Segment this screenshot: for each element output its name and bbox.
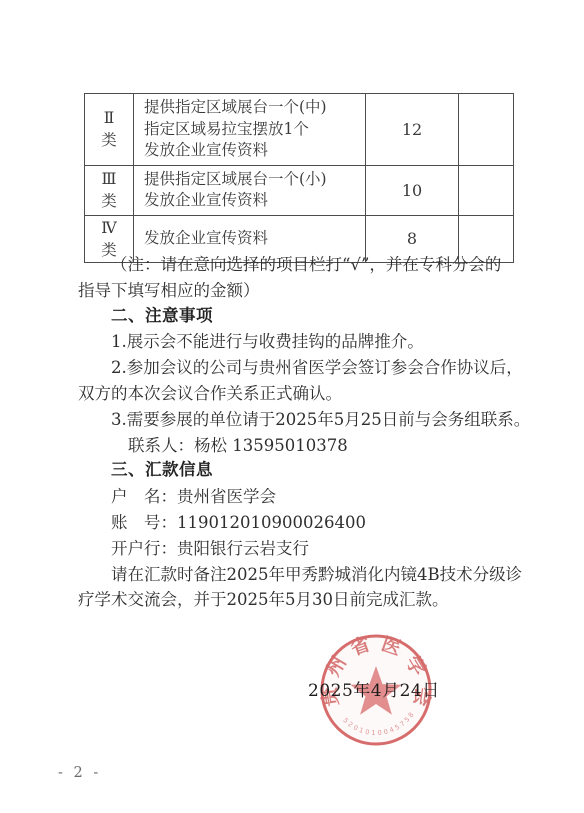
description-cell: 提供指定区域展台一个(中) 指定区域易拉宝摆放1个 发放企业宣传资料 (134, 94, 366, 166)
amount-cell: 12 (366, 94, 459, 166)
note-item-2: 2.参加会议的公司与贵州省医学会签订参会合作协议后， (78, 355, 516, 381)
description-cell: 提供指定区域展台一个(小) 发放企业宣传资料 (134, 165, 366, 215)
page-number: - 2 - (58, 765, 101, 781)
note-text: （注：请在意向选择的项目栏打“√”，并在专科分会的 (78, 252, 516, 278)
bank-branch: 开户行：贵阳银行云岩支行 (78, 536, 516, 562)
choice-cell (459, 165, 514, 215)
note-item-2: 双方的本次会议合作关系正式确认。 (78, 381, 516, 407)
section-heading-notes: 二、注意事项 (78, 304, 516, 330)
document-date: 2025年4月24日 (308, 676, 440, 701)
note-item-1: 1.展示会不能进行与收费挂钩的品牌推介。 (78, 329, 516, 355)
table-row: Ⅱ 类 提供指定区域展台一个(中) 指定区域易拉宝摆放1个 发放企业宣传资料 1… (85, 94, 514, 166)
remit-instruction: 请在汇款时备注2025年甲秀黔城消化内镜4B技术分级诊 (78, 562, 516, 588)
amount-cell: 10 (366, 165, 459, 215)
category-cell: Ⅱ 类 (85, 94, 134, 166)
section-heading-remittance: 三、汇款信息 (78, 458, 516, 484)
remit-instruction: 疗学术交流会，并于2025年5月30日前完成汇款。 (78, 587, 516, 613)
document-body: （注：请在意向选择的项目栏打“√”，并在专科分会的 指导下填写相应的金额） 二、… (78, 252, 516, 613)
account-name: 户 名：贵州省医学会 (78, 484, 516, 510)
account-number: 账 号：119012010900026400 (78, 510, 516, 536)
category-cell: Ⅲ 类 (85, 165, 134, 215)
choice-cell (459, 94, 514, 166)
table-row: Ⅲ 类 提供指定区域展台一个(小) 发放企业宣传资料 10 (85, 165, 514, 215)
document-page: Ⅱ 类 提供指定区域展台一个(中) 指定区域易拉宝摆放1个 发放企业宣传资料 1… (0, 0, 584, 813)
note-text: 指导下填写相应的金额） (78, 278, 516, 304)
contact-person: 联系人：杨松 13595010378 (78, 433, 516, 459)
sponsor-fee-table: Ⅱ 类 提供指定区域展台一个(中) 指定区域易拉宝摆放1个 发放企业宣传资料 1… (84, 93, 514, 263)
note-item-3: 3.需要参展的单位请于2025年5月25日前与会务组联系。 (78, 407, 516, 433)
